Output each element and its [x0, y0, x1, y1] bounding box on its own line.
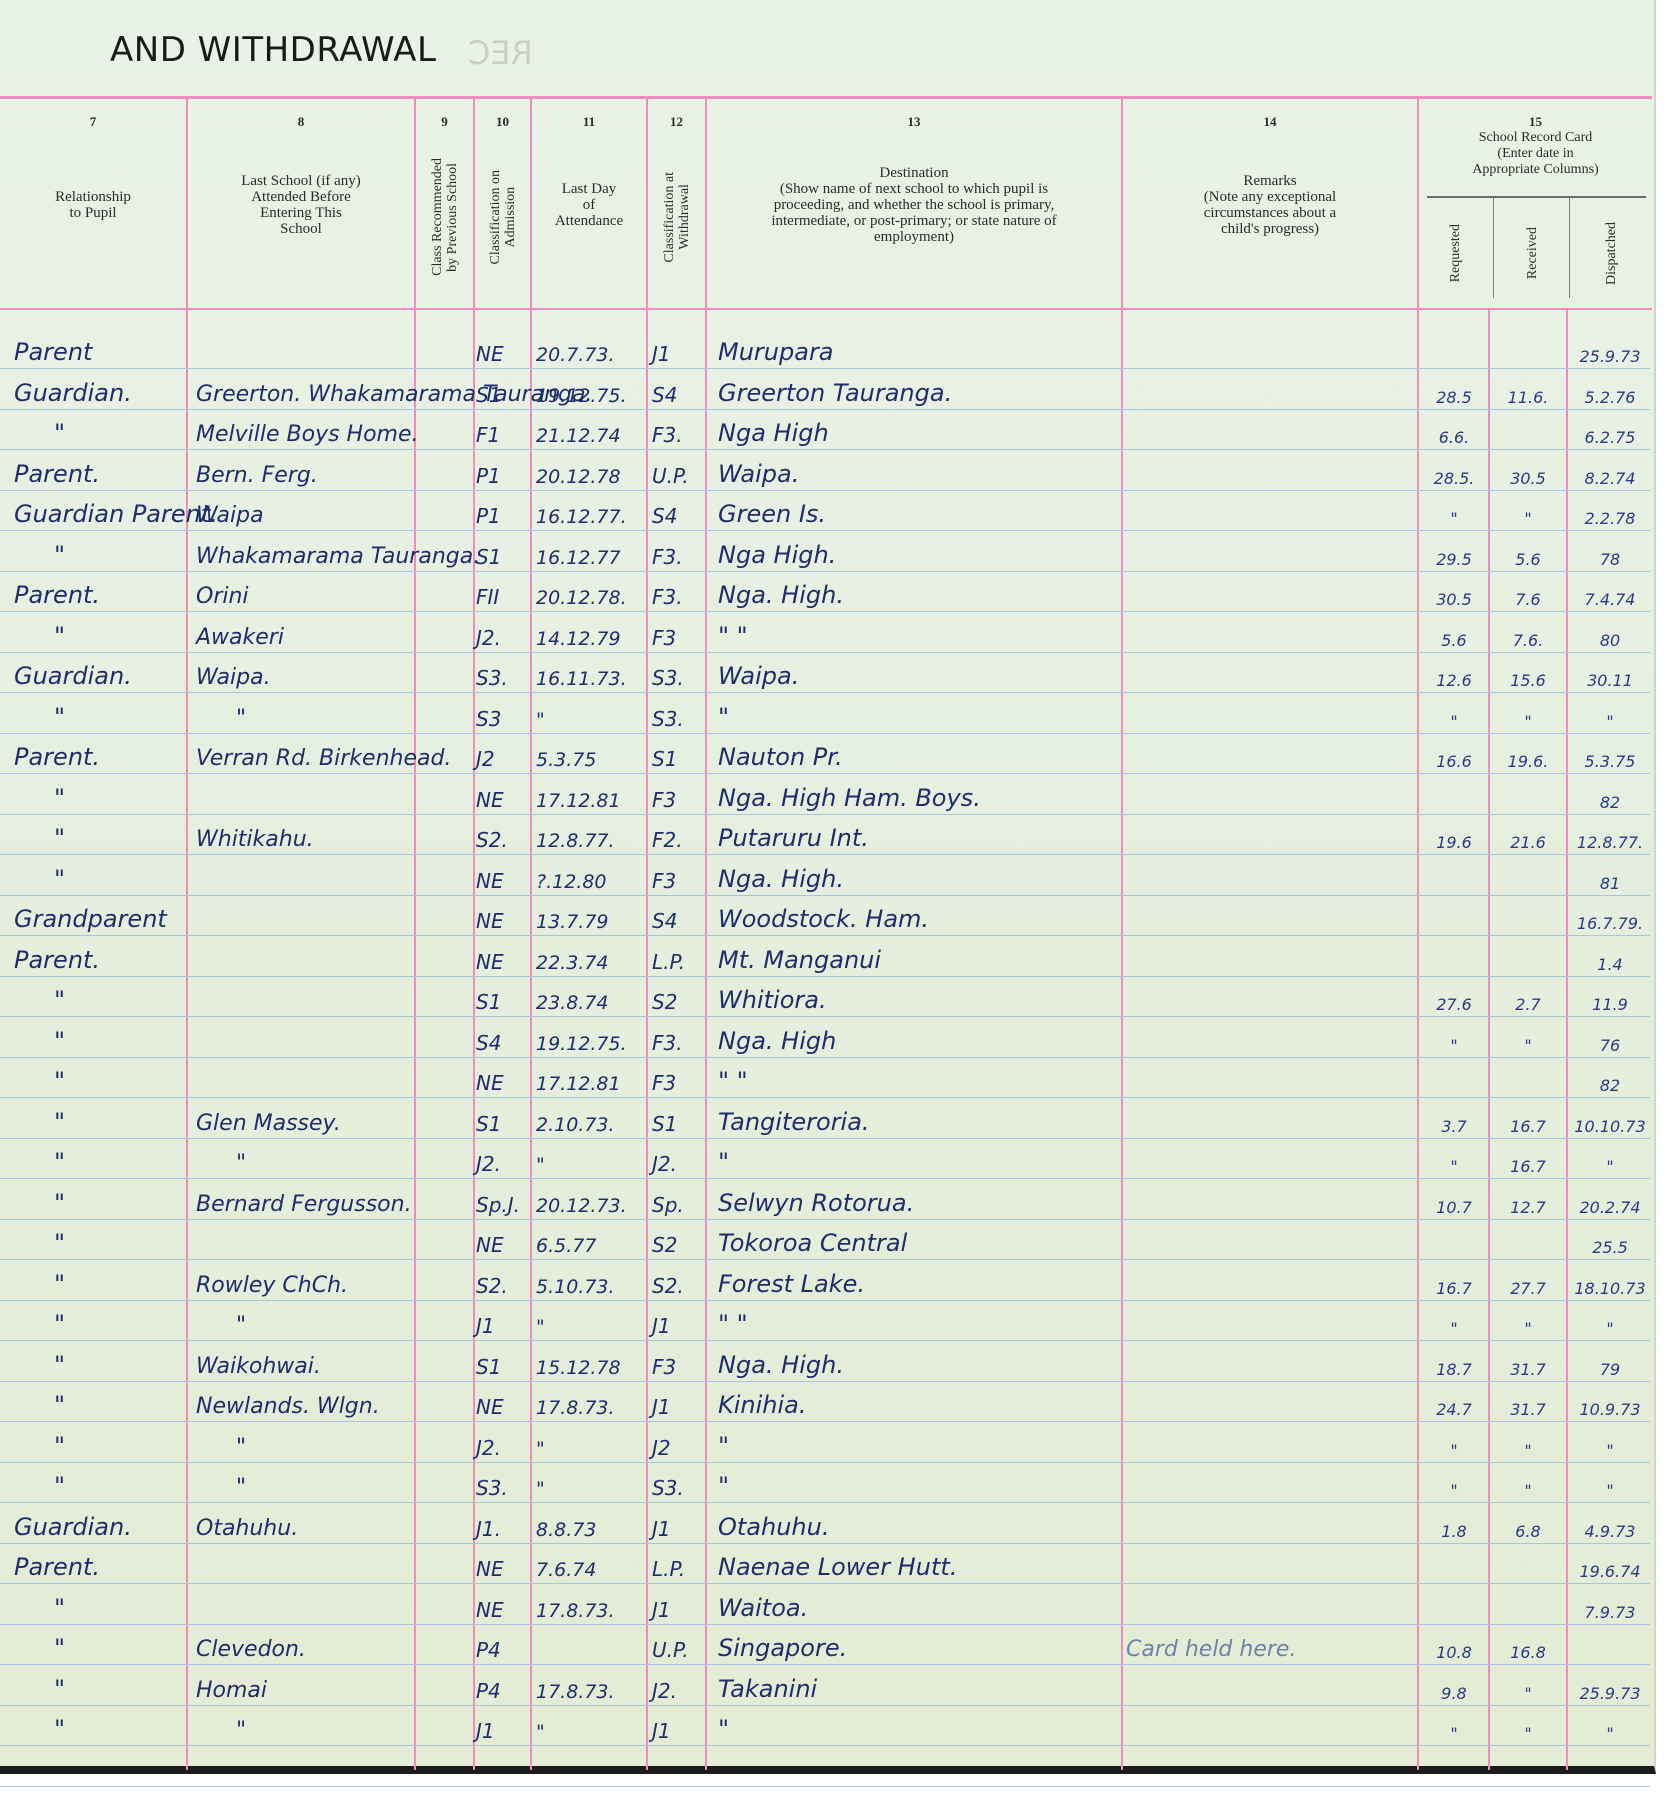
last-school-cell — [196, 1582, 414, 1626]
card-received-cell — [1490, 1055, 1566, 1099]
header-top-rule — [0, 96, 1652, 99]
last-school-cell: Waipa. — [196, 650, 414, 694]
class-withdrawal-cell: L.P. — [652, 1541, 706, 1585]
table-row: ParentNE20.7.73.J1Murupara25.9.73 — [0, 326, 1650, 370]
last-school-cell: " — [196, 1703, 414, 1747]
relationship-cell: " — [14, 1298, 184, 1342]
card-requested-cell — [1420, 1541, 1488, 1585]
relationship-cell: Parent. — [14, 1541, 184, 1585]
class-withdrawal-cell: J1 — [652, 1501, 706, 1545]
class-withdrawal-cell: S4 — [652, 488, 706, 532]
card-dispatched-cell: 11.9 — [1568, 974, 1652, 1018]
class-withdrawal-cell: F3 — [652, 772, 706, 816]
destination-cell: Nga. High. — [718, 569, 1118, 613]
card-received-cell — [1490, 1217, 1566, 1261]
card-received-cell: " — [1490, 1015, 1566, 1059]
last-school-cell — [196, 1217, 414, 1261]
relationship-cell: " — [14, 812, 184, 856]
last-day-cell: " — [536, 1420, 646, 1464]
card-requested-cell: " — [1420, 1420, 1488, 1464]
relationship-cell: " — [14, 772, 184, 816]
class-withdrawal-cell: S3. — [652, 691, 706, 735]
card-dispatched-cell: 81 — [1568, 853, 1652, 897]
remarks-cell — [1126, 326, 1416, 370]
class-admission-cell: J2. — [476, 610, 530, 654]
remarks-cell — [1126, 691, 1416, 735]
table-row: Guardian.Waipa.S3.16.11.73.S3.Waipa.12.6… — [0, 650, 1650, 694]
last-school-cell: Greerton. Whakamarama Tauranga. — [196, 367, 414, 411]
last-day-cell: " — [536, 1703, 646, 1747]
class-admission-cell: F1 — [476, 407, 530, 451]
class-admission-cell: NE — [476, 893, 530, 937]
card-dispatched-cell: 10.10.73 — [1568, 1096, 1652, 1140]
card-received-cell: 30.5 — [1490, 448, 1566, 492]
table-row: Parent.NE7.6.74L.P.Naenae Lower Hutt.19.… — [0, 1541, 1650, 1585]
card-dispatched-cell: 7.9.73 — [1568, 1582, 1652, 1626]
class-admission-cell: FII — [476, 569, 530, 613]
card-received-cell: 31.7 — [1490, 1379, 1566, 1423]
card-received-cell: 15.6 — [1490, 650, 1566, 694]
ruled-line — [0, 1786, 1650, 1787]
class-admission-cell: S1 — [476, 974, 530, 1018]
card-dispatched-cell: 79 — [1568, 1339, 1652, 1383]
card-received-cell: " — [1490, 1298, 1566, 1342]
card-received-cell: 16.7 — [1490, 1096, 1566, 1140]
destination-cell: Green Is. — [718, 488, 1118, 532]
card-requested-cell: " — [1420, 488, 1488, 532]
card-dispatched-cell: 76 — [1568, 1015, 1652, 1059]
card-requested-cell: 24.7 — [1420, 1379, 1488, 1423]
class-admission-cell: S1 — [476, 367, 530, 411]
class-withdrawal-cell: S2 — [652, 974, 706, 1018]
relationship-cell: " — [14, 1217, 184, 1261]
card-received-cell — [1490, 934, 1566, 978]
card-received-cell: " — [1490, 1663, 1566, 1707]
dispatched-header: Dispatched — [1604, 222, 1619, 285]
card-received-cell: 2.7 — [1490, 974, 1566, 1018]
card-requested-cell — [1420, 934, 1488, 978]
last-school-cell: " — [196, 1136, 414, 1180]
card-requested-cell: 12.6 — [1420, 650, 1488, 694]
table-row: "NE17.12.81F3Nga. High Ham. Boys.82 — [0, 772, 1650, 816]
table-row: "HomaiP417.8.73.J2.Takanini9.8"25.9.73 — [0, 1663, 1650, 1707]
last-school-cell: " — [196, 691, 414, 735]
destination-cell: Woodstock. Ham. — [718, 893, 1118, 937]
card-dispatched-cell: 5.2.76 — [1568, 367, 1652, 411]
card-dispatched-cell: 30.11 — [1568, 650, 1652, 694]
card-dispatched-cell: 82 — [1568, 1055, 1652, 1099]
class-withdrawal-cell: S3. — [652, 650, 706, 694]
last-school-cell: Waipa — [196, 488, 414, 532]
remarks-cell — [1126, 488, 1416, 532]
remarks-cell — [1126, 367, 1416, 411]
class-admission-cell: P1 — [476, 448, 530, 492]
last-day-cell: 6.5.77 — [536, 1217, 646, 1261]
table-row: "NE6.5.77S2Tokoroa Central25.5 — [0, 1217, 1650, 1261]
class-withdrawal-cell: L.P. — [652, 934, 706, 978]
card-requested-cell: 5.6 — [1420, 610, 1488, 654]
class-withdrawal-cell: F3. — [652, 1015, 706, 1059]
card-requested-cell: " — [1420, 1298, 1488, 1342]
ledger-page: AND WITHDRAWAL REC 7 Relationship to Pup… — [0, 0, 1656, 1774]
class-admission-cell: Sp.J. — [476, 1177, 530, 1221]
relationship-cell: " — [14, 529, 184, 573]
last-day-cell: 20.12.73. — [536, 1177, 646, 1221]
relationship-cell: Parent. — [14, 569, 184, 613]
card-received-cell: 6.8 — [1490, 1501, 1566, 1545]
relationship-cell: " — [14, 1379, 184, 1423]
table-row: "NE17.8.73.J1Waitoa.7.9.73 — [0, 1582, 1650, 1626]
card-requested-cell — [1420, 1582, 1488, 1626]
remarks-cell — [1126, 1055, 1416, 1099]
class-admission-cell: J1 — [476, 1298, 530, 1342]
relationship-cell: Parent. — [14, 934, 184, 978]
table-row: ""J1"J1"""" — [0, 1703, 1650, 1747]
class-withdrawal-cell: U.P. — [652, 448, 706, 492]
last-school-cell: " — [196, 1420, 414, 1464]
card-dispatched-cell: 18.10.73 — [1568, 1258, 1652, 1302]
card-requested-cell: 29.5 — [1420, 529, 1488, 573]
header-col-12: 12 Classification at Withdrawal — [648, 100, 705, 310]
last-school-cell — [196, 974, 414, 1018]
header-col-11: 11 Last Day of Attendance — [532, 100, 646, 310]
card-received-cell: " — [1490, 1420, 1566, 1464]
card-dispatched-cell: 5.3.75 — [1568, 731, 1652, 775]
relationship-cell: " — [14, 1096, 184, 1140]
remarks-cell — [1126, 1501, 1416, 1545]
card-dispatched-cell: " — [1568, 1136, 1652, 1180]
table-row: Parent.Bern. Ferg.P120.12.78U.P.Waipa.28… — [0, 448, 1650, 492]
class-admission-cell: S4 — [476, 1015, 530, 1059]
relationship-cell: " — [14, 853, 184, 897]
class-admission-cell: J2 — [476, 731, 530, 775]
relationship-cell: " — [14, 1015, 184, 1059]
destination-cell: Singapore. — [718, 1622, 1118, 1666]
remarks-cell — [1126, 934, 1416, 978]
class-admission-cell: NE — [476, 1582, 530, 1626]
destination-cell: Nga. High — [718, 1015, 1118, 1059]
card-dispatched-cell: 12.8.77. — [1568, 812, 1652, 856]
relationship-cell: " — [14, 691, 184, 735]
last-day-cell: 8.8.73 — [536, 1501, 646, 1545]
class-withdrawal-cell: F3 — [652, 1339, 706, 1383]
class-withdrawal-cell: S2. — [652, 1258, 706, 1302]
last-school-cell — [196, 772, 414, 816]
last-school-cell: Verran Rd. Birkenhead. — [196, 731, 414, 775]
class-admission-cell: NE — [476, 1541, 530, 1585]
table-row: "Whakamarama Tauranga.S116.12.77F3.Nga H… — [0, 529, 1650, 573]
card-dispatched-cell: " — [1568, 1460, 1652, 1504]
card-received-cell — [1490, 326, 1566, 370]
relationship-cell: Guardian. — [14, 650, 184, 694]
relationship-cell: " — [14, 1177, 184, 1221]
last-school-cell — [196, 934, 414, 978]
class-admission-cell: P1 — [476, 488, 530, 532]
class-withdrawal-cell: J1 — [652, 1582, 706, 1626]
class-withdrawal-cell: S3. — [652, 1460, 706, 1504]
header-col-10: 10 Classification on Admission — [475, 100, 530, 310]
destination-cell: Nga High. — [718, 529, 1118, 573]
card-received-cell: " — [1490, 1703, 1566, 1747]
destination-cell: " " — [718, 610, 1118, 654]
card-requested-cell: 6.6. — [1420, 407, 1488, 451]
card-requested-cell: " — [1420, 1703, 1488, 1747]
card-dispatched-cell: 4.9.73 — [1568, 1501, 1652, 1545]
card-requested-cell: 16.6 — [1420, 731, 1488, 775]
table-row: "Rowley ChCh.S2.5.10.73.S2.Forest Lake.1… — [0, 1258, 1650, 1302]
last-day-cell: 13.7.79 — [536, 893, 646, 937]
destination-cell: Nga. High. — [718, 853, 1118, 897]
relationship-cell: " — [14, 1136, 184, 1180]
card-received-cell — [1490, 893, 1566, 937]
last-school-cell: Whitikahu. — [196, 812, 414, 856]
last-day-cell: " — [536, 1460, 646, 1504]
last-day-cell: 17.8.73. — [536, 1379, 646, 1423]
relationship-cell: " — [14, 1258, 184, 1302]
class-admission-cell: S3. — [476, 650, 530, 694]
remarks-cell — [1126, 1582, 1416, 1626]
class-admission-cell: J1 — [476, 1703, 530, 1747]
remarks-cell — [1126, 569, 1416, 613]
card-requested-cell — [1420, 772, 1488, 816]
remarks-cell — [1126, 1339, 1416, 1383]
last-school-cell — [196, 853, 414, 897]
last-day-cell: 21.12.74 — [536, 407, 646, 451]
card-received-cell: 7.6 — [1490, 569, 1566, 613]
last-school-cell: Homai — [196, 1663, 414, 1707]
remarks-cell: Card held here. — [1126, 1622, 1416, 1666]
relationship-cell: Parent. — [14, 731, 184, 775]
class-admission-cell: NE — [476, 853, 530, 897]
card-dispatched-cell: 16.7.79. — [1568, 893, 1652, 937]
class-withdrawal-cell: J1 — [652, 1379, 706, 1423]
remarks-cell — [1126, 1258, 1416, 1302]
class-withdrawal-cell: S1 — [652, 731, 706, 775]
last-school-cell — [196, 1055, 414, 1099]
class-withdrawal-cell: J2 — [652, 1420, 706, 1464]
page-title: AND WITHDRAWAL — [110, 30, 436, 70]
last-day-cell: ?.12.80 — [536, 853, 646, 897]
destination-cell: Naenae Lower Hutt. — [718, 1541, 1118, 1585]
last-day-cell: 7.6.74 — [536, 1541, 646, 1585]
card-received-cell: 19.6. — [1490, 731, 1566, 775]
class-admission-cell: NE — [476, 934, 530, 978]
table-row: "S419.12.75.F3.Nga. High""76 — [0, 1015, 1650, 1059]
class-admission-cell: S2. — [476, 812, 530, 856]
class-withdrawal-cell: F2. — [652, 812, 706, 856]
last-day-cell: 14.12.79 — [536, 610, 646, 654]
card-dispatched-cell: 82 — [1568, 772, 1652, 816]
relationship-cell: " — [14, 407, 184, 451]
card-received-cell: " — [1490, 1460, 1566, 1504]
card-dispatched-cell: 10.9.73 — [1568, 1379, 1652, 1423]
remarks-cell — [1126, 772, 1416, 816]
remarks-cell — [1126, 812, 1416, 856]
class-withdrawal-cell: J2. — [652, 1663, 706, 1707]
destination-cell: " " — [718, 1055, 1118, 1099]
last-day-cell: 17.8.73. — [536, 1663, 646, 1707]
last-school-cell: Orini — [196, 569, 414, 613]
card-dispatched-cell: 20.2.74 — [1568, 1177, 1652, 1221]
relationship-cell: " — [14, 974, 184, 1018]
card-dispatched-cell: 2.2.78 — [1568, 488, 1652, 532]
destination-cell: " — [718, 691, 1118, 735]
header-col-15: 15 School Record Card (Enter date in App… — [1419, 100, 1652, 310]
card-received-cell: 12.7 — [1490, 1177, 1566, 1221]
class-admission-cell: NE — [476, 1379, 530, 1423]
destination-cell: " " — [718, 1298, 1118, 1342]
class-admission-cell: NE — [476, 1217, 530, 1261]
class-admission-cell: S1 — [476, 1339, 530, 1383]
last-school-cell: Rowley ChCh. — [196, 1258, 414, 1302]
table-row: "Waikohwai.S115.12.78F3Nga. High.18.731.… — [0, 1339, 1650, 1383]
destination-cell: Nga High — [718, 407, 1118, 451]
class-withdrawal-cell: F3 — [652, 1055, 706, 1099]
destination-cell: Kinihia. — [718, 1379, 1118, 1423]
class-withdrawal-cell: J2. — [652, 1136, 706, 1180]
last-school-cell: Glen Massey. — [196, 1096, 414, 1140]
last-school-cell: Whakamarama Tauranga. — [196, 529, 414, 573]
card-received-cell: 5.6 — [1490, 529, 1566, 573]
remarks-cell — [1126, 1096, 1416, 1140]
destination-cell: " — [718, 1703, 1118, 1747]
card-requested-cell — [1420, 1217, 1488, 1261]
card-requested-cell: 3.7 — [1420, 1096, 1488, 1140]
remarks-cell — [1126, 1379, 1416, 1423]
destination-cell: Nga. High Ham. Boys. — [718, 772, 1118, 816]
destination-cell: Tangiteroria. — [718, 1096, 1118, 1140]
card-requested-cell: 9.8 — [1420, 1663, 1488, 1707]
destination-cell: " — [718, 1460, 1118, 1504]
remarks-cell — [1126, 1420, 1416, 1464]
last-day-cell: 19.12.75. — [536, 367, 646, 411]
last-day-cell: 16.12.77. — [536, 488, 646, 532]
header-col-13: 13 Destination (Show name of next school… — [707, 100, 1121, 310]
table-row: "Glen Massey.S12.10.73.S1Tangiteroria.3.… — [0, 1096, 1650, 1140]
remarks-cell — [1126, 1177, 1416, 1221]
table-row: "AwakeriJ2.14.12.79F3" "5.67.6.80 — [0, 610, 1650, 654]
class-admission-cell: J2. — [476, 1136, 530, 1180]
last-day-cell: " — [536, 1298, 646, 1342]
class-withdrawal-cell: J1 — [652, 326, 706, 370]
class-admission-cell: S1 — [476, 1096, 530, 1140]
remarks-cell — [1126, 1541, 1416, 1585]
class-withdrawal-cell: F3. — [652, 529, 706, 573]
last-school-cell — [196, 326, 414, 370]
card-dispatched-cell: 1.4 — [1568, 934, 1652, 978]
relationship-cell: Parent — [14, 326, 184, 370]
card-requested-cell: " — [1420, 1460, 1488, 1504]
last-day-cell: 22.3.74 — [536, 934, 646, 978]
table-row: "Bernard Fergusson.Sp.J.20.12.73.Sp.Selw… — [0, 1177, 1650, 1221]
card-requested-cell: 27.6 — [1420, 974, 1488, 1018]
card-requested-cell: 30.5 — [1420, 569, 1488, 613]
card-requested-cell: 10.8 — [1420, 1622, 1488, 1666]
class-admission-cell: S3 — [476, 691, 530, 735]
table-row: Parent.NE22.3.74L.P.Mt. Manganui1.4 — [0, 934, 1650, 978]
last-day-cell: 5.10.73. — [536, 1258, 646, 1302]
remarks-cell — [1126, 1663, 1416, 1707]
last-day-cell: 17.8.73. — [536, 1582, 646, 1626]
last-school-cell — [196, 1541, 414, 1585]
card-requested-cell: 1.8 — [1420, 1501, 1488, 1545]
remarks-cell — [1126, 610, 1416, 654]
card-dispatched-cell: " — [1568, 1703, 1652, 1747]
card-requested-cell: 19.6 — [1420, 812, 1488, 856]
card-received-cell: 16.8 — [1490, 1622, 1566, 1666]
remarks-cell — [1126, 650, 1416, 694]
last-school-cell: Clevedon. — [196, 1622, 414, 1666]
table-row: ""J2."J2.""16.7" — [0, 1136, 1650, 1180]
last-day-cell: 20.7.73. — [536, 326, 646, 370]
card-requested-cell: 10.7 — [1420, 1177, 1488, 1221]
card-requested-cell — [1420, 853, 1488, 897]
card-requested-cell — [1420, 893, 1488, 937]
class-admission-cell: J2. — [476, 1420, 530, 1464]
remarks-cell — [1126, 448, 1416, 492]
destination-cell: Waipa. — [718, 650, 1118, 694]
card-requested-cell: 18.7 — [1420, 1339, 1488, 1383]
received-header: Received — [1525, 227, 1540, 279]
relationship-cell: " — [14, 1055, 184, 1099]
remarks-cell — [1126, 407, 1416, 451]
card-received-cell: " — [1490, 488, 1566, 532]
card-dispatched-cell: 25.5 — [1568, 1217, 1652, 1261]
class-withdrawal-cell: S4 — [652, 893, 706, 937]
class-withdrawal-cell: S4 — [652, 367, 706, 411]
table-row: "Melville Boys Home.F121.12.74F3.Nga Hig… — [0, 407, 1650, 451]
card-requested-cell — [1420, 326, 1488, 370]
remarks-cell — [1126, 1136, 1416, 1180]
last-day-cell: 5.3.75 — [536, 731, 646, 775]
table-row: ""S3."S3."""" — [0, 1460, 1650, 1504]
destination-cell: Waitoa. — [718, 1582, 1118, 1626]
last-school-cell: Bernard Fergusson. — [196, 1177, 414, 1221]
class-withdrawal-cell: F3. — [652, 569, 706, 613]
class-withdrawal-cell: S2 — [652, 1217, 706, 1261]
table-row: ""J1"J1" """" — [0, 1298, 1650, 1342]
card-dispatched-cell — [1568, 1622, 1652, 1666]
table-row: Parent.OriniFII20.12.78.F3.Nga. High.30.… — [0, 569, 1650, 613]
card-received-cell: 27.7 — [1490, 1258, 1566, 1302]
card-requested-cell: " — [1420, 1136, 1488, 1180]
card-received-cell: 31.7 — [1490, 1339, 1566, 1383]
table-row: "S123.8.74S2Whitiora.27.62.711.9 — [0, 974, 1650, 1018]
class-admission-cell: P4 — [476, 1663, 530, 1707]
card-dispatched-cell: 25.9.73 — [1568, 1663, 1652, 1707]
card-requested-cell: 28.5. — [1420, 448, 1488, 492]
table-row: ""S3"S3."""" — [0, 691, 1650, 735]
card-received-cell — [1490, 1541, 1566, 1585]
card-received-cell — [1490, 407, 1566, 451]
last-school-cell: Melville Boys Home. — [196, 407, 414, 451]
table-row: ""J2."J2"""" — [0, 1420, 1650, 1464]
record-card-subdivider — [1493, 198, 1494, 298]
table-row: "Whitikahu.S2.12.8.77.F2.Putaruru Int.19… — [0, 812, 1650, 856]
card-dispatched-cell: 80 — [1568, 610, 1652, 654]
card-dispatched-cell: " — [1568, 1420, 1652, 1464]
last-school-cell — [196, 1015, 414, 1059]
header-col-8: 8 Last School (if any) Attended Before E… — [188, 100, 414, 310]
destination-cell: Murupara — [718, 326, 1118, 370]
card-dispatched-cell: 19.6.74 — [1568, 1541, 1652, 1585]
last-day-cell: 20.12.78 — [536, 448, 646, 492]
relationship-cell: Parent. — [14, 448, 184, 492]
class-admission-cell: P4 — [476, 1622, 530, 1666]
table-row: "Clevedon.P4U.P.Singapore.Card held here… — [0, 1622, 1650, 1666]
relationship-cell: Guardian. — [14, 367, 184, 411]
last-school-cell: Awakeri — [196, 610, 414, 654]
